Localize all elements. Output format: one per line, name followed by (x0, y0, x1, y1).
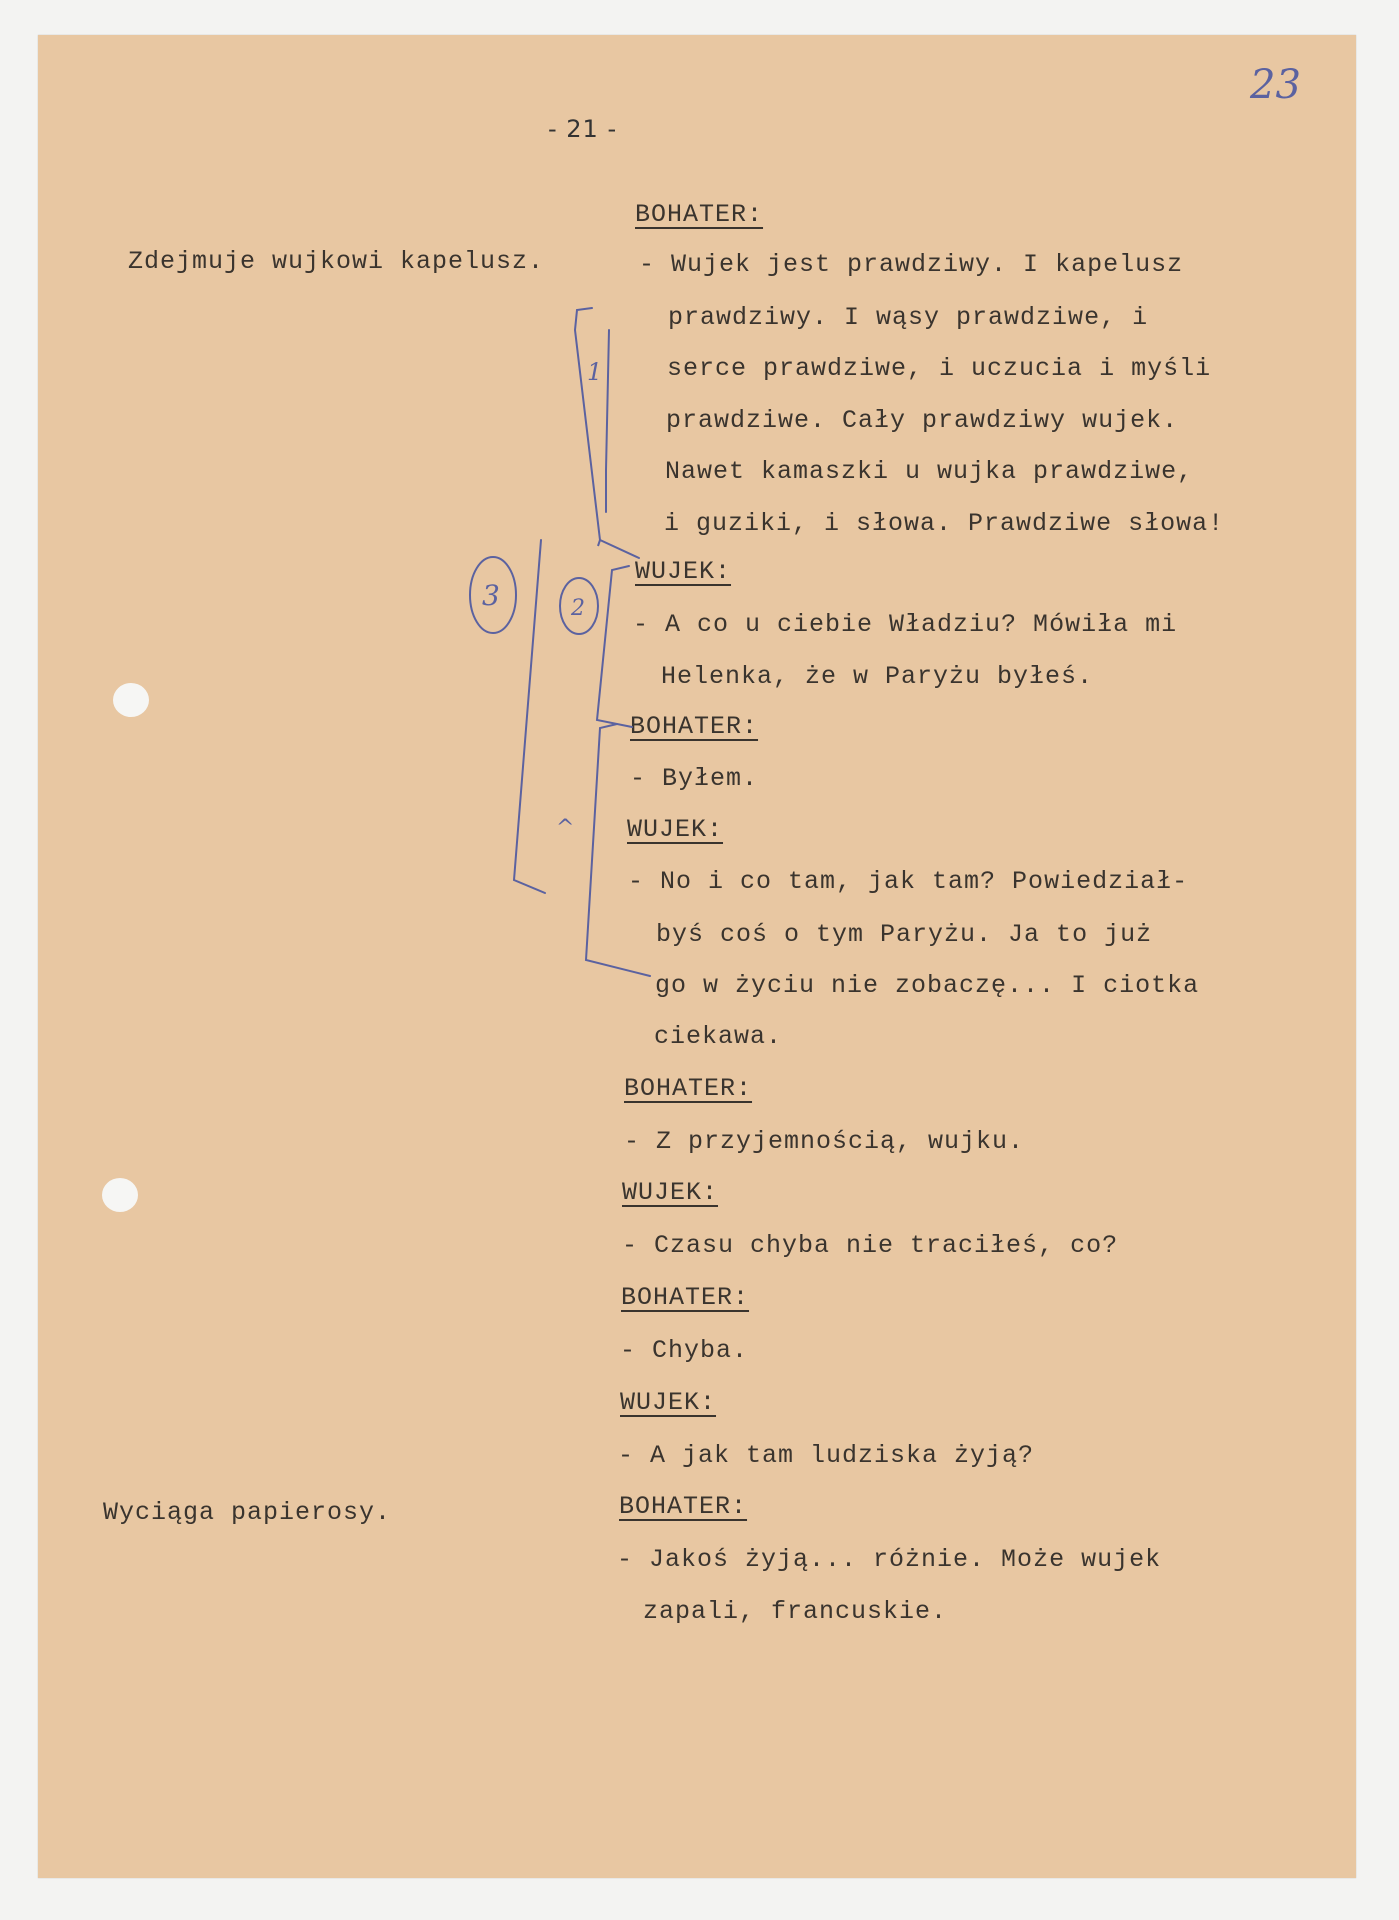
svg-text:2: 2 (570, 596, 585, 621)
svg-text:3: 3 (482, 579, 500, 612)
bracket-3 (514, 540, 545, 893)
pen-annotations: 3 2 1 ^ (0, 0, 1399, 1920)
svg-text:1: 1 (587, 358, 602, 386)
svg-text:^: ^ (556, 816, 574, 841)
bracket-4 (586, 724, 650, 976)
bracket-2 (597, 566, 632, 727)
